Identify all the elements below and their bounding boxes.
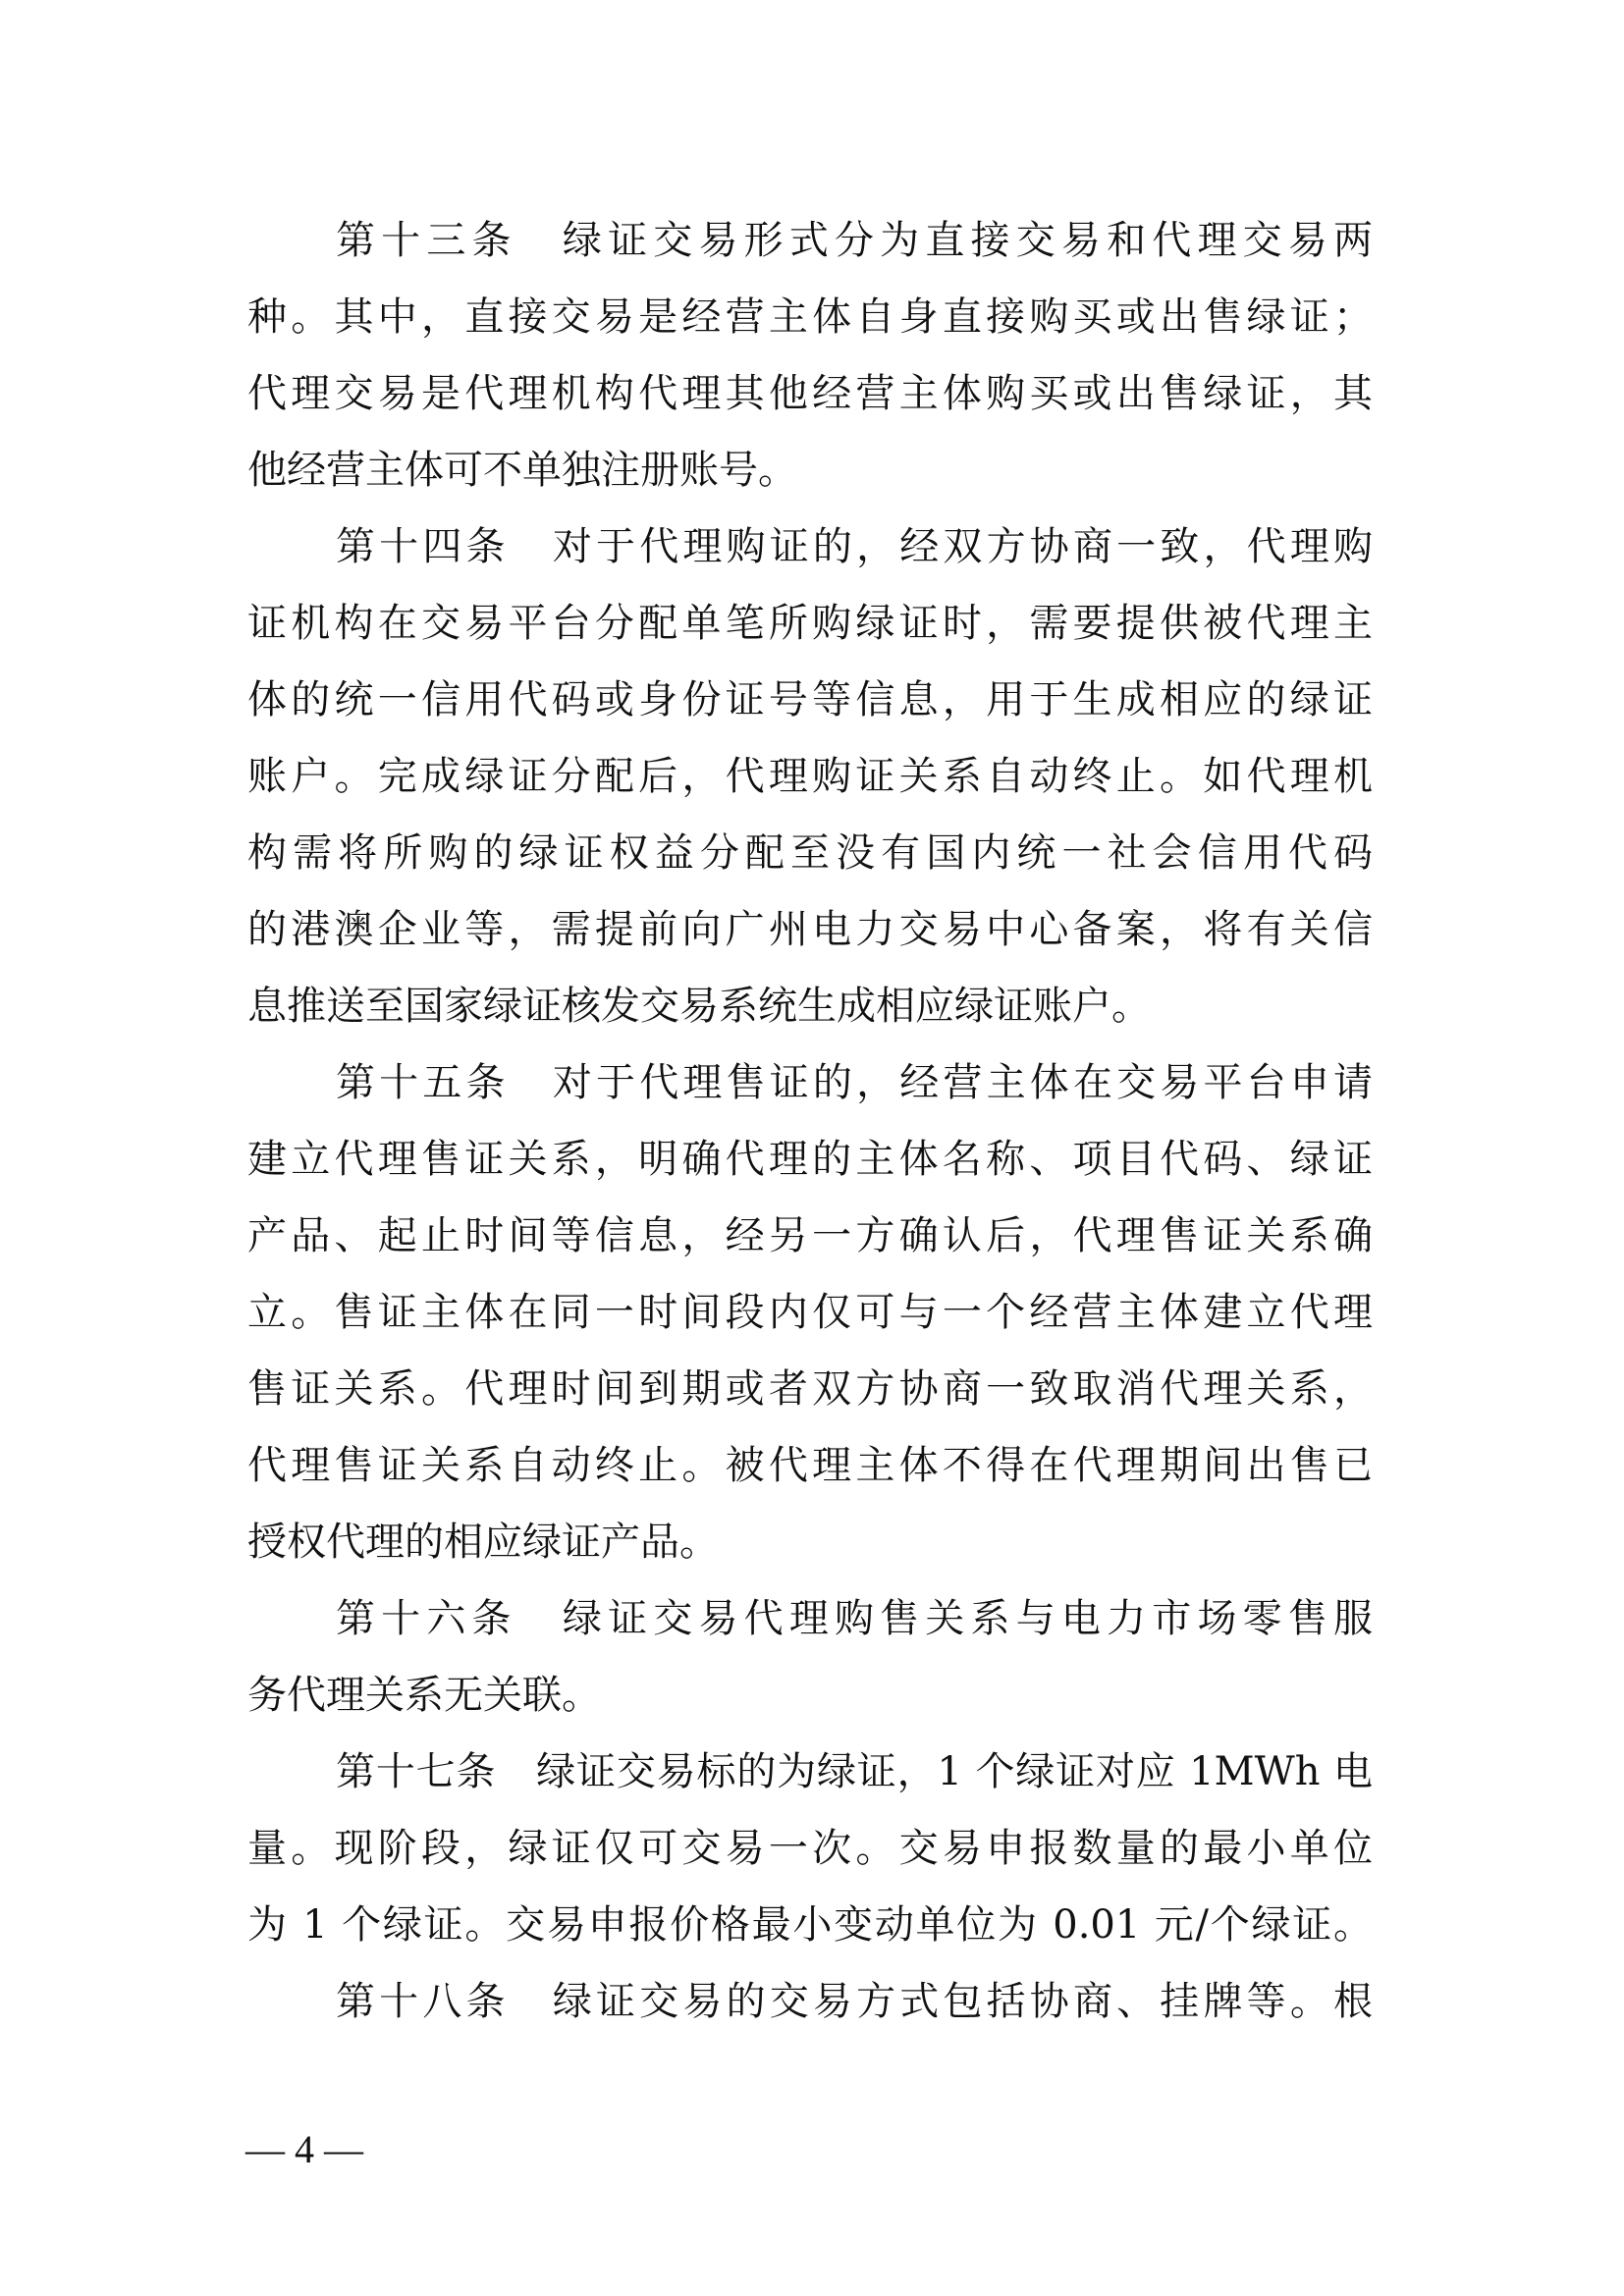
document-body: 第十三条 绿证交易形式分为直接交易和代理交易两 种。其中，直接交易是经营主体自身… [247,202,1373,2040]
article-17-line-3: 为 1 个绿证。交易申报价格最小变动单位为 0.01 元/个绿证。 [247,1887,1373,1963]
article-13-line-4: 他经营主体可不单独注册账号。 [247,432,1373,508]
article-15-line-6: 代理售证关系自动终止。被代理主体不得在代理期间出售已 [247,1427,1373,1504]
article-17-line-1: 第十七条 绿证交易标的为绿证，1 个绿证对应 1MWh 电 [247,1734,1373,1810]
article-15-line-7: 授权代理的相应绿证产品。 [247,1504,1373,1580]
article-18-line-1: 第十八条 绿证交易的交易方式包括协商、挂牌等。根 [247,1963,1373,2040]
article-15-line-1: 第十五条 对于代理售证的，经营主体在交易平台申请 [247,1044,1373,1121]
article-14-line-6: 的港澳企业等，需提前向广州电力交易中心备案，将有关信 [247,891,1373,968]
article-16-line-1: 第十六条 绿证交易代理购售关系与电力市场零售服 [247,1580,1373,1657]
article-17-line-2: 量。现阶段，绿证仅可交易一次。交易申报数量的最小单位 [247,1810,1373,1887]
article-14-line-3: 体的统一信用代码或身份证号等信息，用于生成相应的绿证 [247,662,1373,738]
article-15-line-2: 建立代理售证关系，明确代理的主体名称、项目代码、绿证 [247,1121,1373,1198]
article-14-line-7: 息推送至国家绿证核发交易系统生成相应绿证账户。 [247,968,1373,1044]
article-13-line-3: 代理交易是代理机构代理其他经营主体购买或出售绿证，其 [247,355,1373,432]
article-14-line-2: 证机构在交易平台分配单笔所购绿证时，需要提供被代理主 [247,585,1373,662]
page-number: — 4 — [245,2122,363,2177]
article-15-line-5: 售证关系。代理时间到期或者双方协商一致取消代理关系， [247,1351,1373,1427]
article-14-line-5: 构需将所购的绿证权益分配至没有国内统一社会信用代码 [247,815,1373,891]
article-15-line-3: 产品、起止时间等信息，经另一方确认后，代理售证关系确 [247,1198,1373,1274]
article-14-line-1: 第十四条 对于代理购证的，经双方协商一致，代理购 [247,508,1373,585]
article-16-line-2: 务代理关系无关联。 [247,1657,1373,1734]
article-14-line-4: 账户。完成绿证分配后，代理购证关系自动终止。如代理机 [247,738,1373,815]
article-13-line-1: 第十三条 绿证交易形式分为直接交易和代理交易两 [247,202,1373,279]
document-page: 第十三条 绿证交易形式分为直接交易和代理交易两 种。其中，直接交易是经营主体自身… [0,0,1624,2296]
article-15-line-4: 立。售证主体在同一时间段内仅可与一个经营主体建立代理 [247,1274,1373,1351]
article-13-line-2: 种。其中，直接交易是经营主体自身直接购买或出售绿证； [247,279,1373,355]
